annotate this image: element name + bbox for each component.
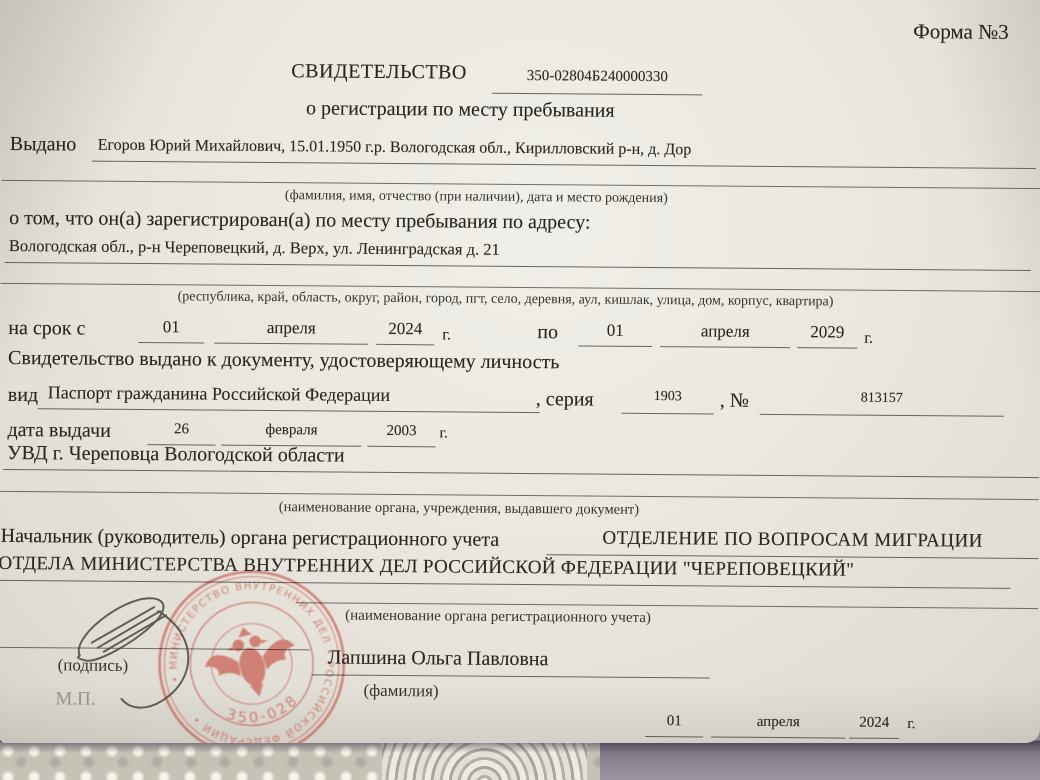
issue-date-label: дата выдачи xyxy=(7,419,110,443)
authority-caption: (наименование органа регистрационного уч… xyxy=(298,607,698,627)
certificate-subtitle: о регистрации по месту пребывания xyxy=(306,97,615,122)
issue-day: 26 xyxy=(147,421,215,446)
year-suffix: г. xyxy=(442,326,451,344)
document-content: Форма №3 СВИДЕТЕЛЬСТВО 350-02804Б2400003… xyxy=(0,0,1040,743)
authority-name-line1: ОТДЕЛЕНИЕ ПО ВОПРОСАМ МИГРАЦИИ xyxy=(547,527,1039,559)
form-number-label: Форма №3 xyxy=(913,19,1009,45)
term-from-day: 01 xyxy=(138,317,204,344)
certificate-heading: СВИДЕТЕЛЬСТВО xyxy=(291,60,467,84)
authority-head-label: Начальник (руководитель) органа регистра… xyxy=(1,525,500,552)
year-suffix: г. xyxy=(439,425,447,442)
issue-year: 2003 xyxy=(367,423,435,448)
identity-intro: Свидетельство выдано к документу, удосто… xyxy=(8,347,559,374)
person-name-value: Егоров Юрий Михайлович, 15.01.1950 г.р. … xyxy=(92,137,1036,169)
bottom-date-day: 01 xyxy=(645,713,703,737)
doc-series-label: , серия xyxy=(536,388,594,411)
certificate-paper: Форма №3 СВИДЕТЕЛЬСТВО 350-02804Б2400003… xyxy=(0,0,1040,743)
term-from-label: на срок с xyxy=(8,317,85,341)
issued-to-label: Выдано xyxy=(10,133,77,157)
issuer-caption: (наименование органа, учреждения, выдавш… xyxy=(0,497,919,521)
doc-kind-label: вид xyxy=(8,384,39,407)
signature-stroke xyxy=(49,580,265,722)
term-to-label: по xyxy=(537,321,558,344)
doc-number-value: 813157 xyxy=(760,390,1004,417)
issuer-value: УВД г. Череповца Вологодской области xyxy=(3,442,1039,478)
term-from-year: 2024 xyxy=(376,319,434,345)
photographed-certificate: Форма №3 СВИДЕТЕЛЬСТВО 350-02804Б2400003… xyxy=(0,0,1040,780)
registration-intro: о том, что он(а) зарегистрирован(а) по м… xyxy=(9,207,590,235)
address-caption: (республика, край, область, округ, район… xyxy=(1,288,1011,312)
year-suffix: г. xyxy=(907,716,915,733)
term-to-year: 2029 xyxy=(797,322,857,348)
year-suffix: г. xyxy=(864,330,873,348)
person-caption: (фамилия, имя, отчество (при наличии), д… xyxy=(1,186,951,209)
bottom-date-year: 2024 xyxy=(849,715,899,739)
term-to-day: 01 xyxy=(578,320,652,347)
term-from-month: апреля xyxy=(214,318,368,345)
doc-series-value: 1903 xyxy=(622,389,714,415)
surname-caption: (фамилия) xyxy=(363,681,438,702)
term-to-month: апреля xyxy=(660,321,790,348)
address-value: Вологодская обл., р-н Череповецкий, д. В… xyxy=(5,236,1031,271)
doc-kind-value: Паспорт гражданина Российской Федерации xyxy=(38,382,540,413)
bottom-date-month: апреля xyxy=(711,714,845,739)
doc-number-label: , № xyxy=(720,390,749,413)
official-name: Лапшина Ольга Павловна xyxy=(312,646,710,678)
certificate-number: 350-02804Б240000330 xyxy=(492,68,702,96)
